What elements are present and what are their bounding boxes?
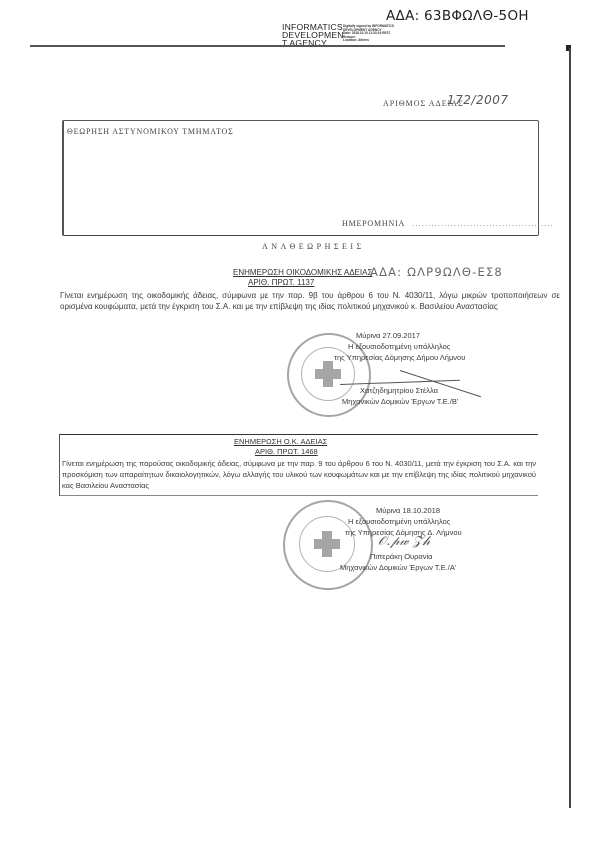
update-1-protocol: ΑΡΙΘ. ΠΡΩΤ. 1137	[248, 278, 314, 287]
signature-1-place-date: Μύρινα 27.09.2017	[356, 331, 420, 340]
official-stamp-2	[283, 500, 373, 590]
top-rule-divider	[30, 45, 505, 47]
update-2-text: Γίνεται ενημέρωση της παρούσας οικοδομικ…	[62, 458, 536, 491]
date-label: ΗΜΕΡΟΜΗΝΙΑ	[342, 219, 405, 228]
handwritten-signature-2: 𝒪.𝓅𝓌 𝒵𝒽	[378, 534, 430, 549]
signature-1-name: Χατζηδημητρίου Στέλλα	[360, 386, 438, 395]
revisions-heading: ΑΝΑΘΕΩΡΗΣΕΙΣ	[262, 242, 365, 251]
signature-1-title: Μηχανικών Δομικών Έργων Τ.Ε./Β'	[342, 397, 458, 406]
update-2-protocol: ΑΡΙΘ. ΠΡΩΤ. 1468	[255, 447, 318, 456]
signature-2-name: Πιπεράκη Ουρανία	[370, 552, 433, 561]
cross-emblem-icon	[314, 539, 340, 549]
cross-emblem-icon	[315, 369, 341, 379]
signature-1-role-2: της Υπηρεσίας Δόμησης Δήμου Λήμνου	[334, 353, 465, 362]
digital-signature-block: Digitally signed by INFORMATICS DEVELOPM…	[343, 25, 394, 43]
handwritten-ada: ΑΔΑ: ΩΛΡ9ΩΛΘ-ΕΣ8	[370, 265, 503, 279]
signature-2-title: Μηχανικών Δομικών Έργων Τ.Ε./Α'	[340, 563, 456, 572]
police-endorsement-label: ΘΕΩΡΗΣΗ ΑΣΤΥΝΟΜΙΚΟΥ ΤΜΗΜΑΤΟΣ	[67, 127, 234, 136]
right-border-line	[569, 48, 571, 808]
ada-code: ΑΔΑ: 63ΒΦΩΛΘ-5ΟΗ	[386, 8, 529, 24]
signature-1-role-1: Η εξουσιοδοτημένη υπάλληλος	[348, 342, 450, 351]
date-field-dots: ........................................…	[412, 219, 554, 228]
update-2-title: ΕΝΗΜΕΡΩΣΗ Ο.Κ. ΑΔΕΙΑΣ	[234, 437, 327, 446]
update-1-title: ΕΝΗΜΕΡΩΣΗ ΟΙΚΟΔΟΜΙΚΗΣ ΑΔΕΙΑΣ	[233, 268, 372, 277]
signature-2-role-1: Η εξουσιοδοτημένη υπάλληλος	[348, 517, 450, 526]
update-1-text: Γίνεται ενημέρωση της οικοδομικής άδειας…	[60, 290, 560, 312]
permit-number-value: 172/2007	[447, 93, 509, 107]
agency-name: INFORMATICS DEVELOPMEN T AGENCY	[282, 23, 344, 48]
signature-2-place-date: Μύρινα 18.10.2018	[376, 506, 440, 515]
digital-signature-line: Location: Athens	[343, 39, 394, 43]
